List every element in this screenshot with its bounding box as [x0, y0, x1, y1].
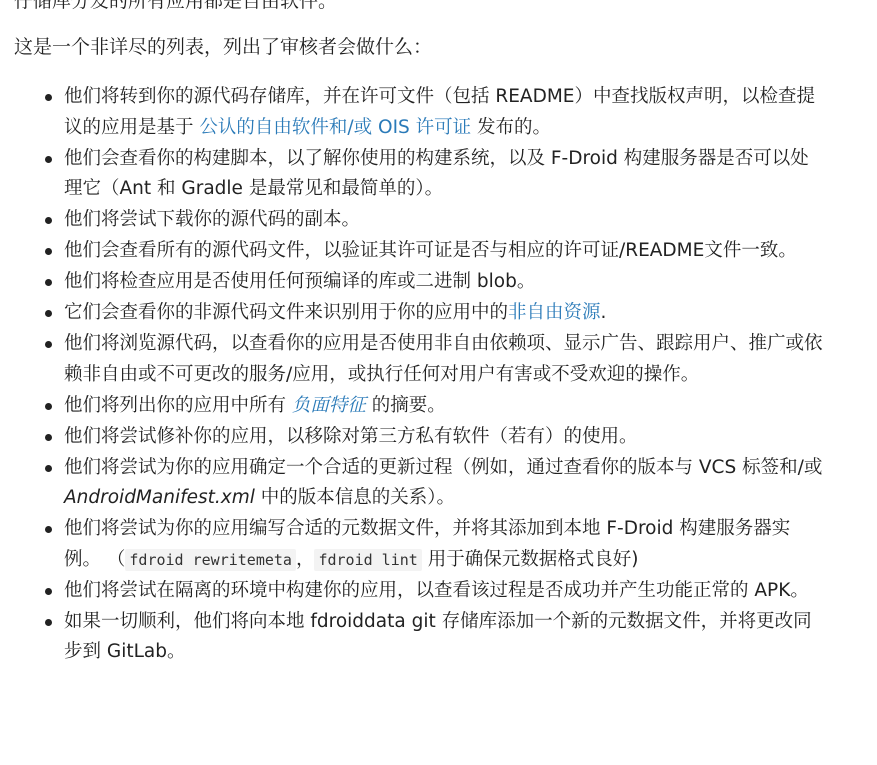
bullet-icon [45, 403, 52, 410]
list-item: 他们会查看所有的源代码文件，以验证其许可证是否与相应的许可证/README文件一… [0, 236, 877, 267]
item-text: 如果一切顺利，他们将向本地 fdroiddata git 存储库添加一个新的元数… [64, 611, 812, 663]
item-text: 它们会查看你的非源代码文件来识别用于你的应用中的 [64, 302, 508, 323]
free-software-licenses-link[interactable]: 公认的自由软件和/或 OIS 许可证 [199, 117, 471, 138]
item-text: 他们会查看你的构建脚本，以了解你使用的构建系统，以及 F-Droid 构建服务器… [64, 148, 809, 200]
item-text: 他们会查看所有的源代码文件，以验证其许可证是否与相应的许可证/README文件一… [64, 240, 797, 261]
item-text: 用于确保元数据格式良好) [422, 549, 639, 570]
item-text: 他们将浏览源代码，以查看你的应用是否使用非自由依赖项、显示广告、跟踪用户、推广或… [64, 333, 823, 385]
code-lint: fdroid lint [314, 549, 421, 571]
item-text: 他们将检查应用是否使用任何预编译的库或二进制 blob。 [64, 271, 535, 292]
list-item: 他们将浏览源代码，以查看你的应用是否使用非自由依赖项、显示广告、跟踪用户、推广或… [0, 329, 877, 390]
bullet-icon [45, 156, 52, 163]
bullet-icon [45, 341, 52, 348]
list-item: 他们将尝试在隔离的环境中构建你的应用，以查看该过程是否成功并产生功能正常的 AP… [0, 576, 877, 607]
bullet-icon [45, 217, 52, 224]
bullet-icon [45, 588, 52, 595]
anti-features-link[interactable]: 负面特征 [292, 395, 366, 416]
bullet-icon [45, 619, 52, 626]
list-item: 他们将检查应用是否使用任何预编译的库或二进制 blob。 [0, 267, 877, 298]
partial-paragraph: 仔储库分发的所有应用都是自由软件。 [14, 0, 337, 16]
list-item: 他们将尝试下载你的源代码的副本。 [0, 205, 877, 236]
list-item: 他们将转到你的源代码存储库，并在许可文件（包括 README）中查找版权声明，以… [0, 82, 877, 143]
item-text: 他们将尝试修补你的应用，以移除对第三方私有软件（若有）的使用。 [64, 426, 638, 447]
list-item: 如果一切顺利，他们将向本地 fdroiddata git 存储库添加一个新的元数… [0, 607, 877, 668]
list-item: 他们会查看你的构建脚本，以了解你使用的构建系统，以及 F-Droid 构建服务器… [0, 144, 877, 205]
code-rewritemeta: fdroid rewritemeta [125, 549, 296, 571]
intro-paragraph: 这是一个非详尽的列表，列出了审核者会做什么： [14, 32, 432, 62]
list-item: 他们将列出你的应用中所有 负面特征 的摘要。 [0, 391, 877, 422]
list-item: 他们将尝试为你的应用确定一个合适的更新过程（例如，通过查看你的版本与 VCS 标… [0, 453, 877, 514]
reviewer-checklist: 他们将转到你的源代码存储库，并在许可文件（包括 README）中查找版权声明，以… [0, 82, 877, 668]
item-text: 他们将尝试在隔离的环境中构建你的应用，以查看该过程是否成功并产生功能正常的 AP… [64, 580, 809, 601]
item-text: . [601, 302, 607, 323]
bullet-icon [45, 434, 52, 441]
non-free-assets-link[interactable]: 非自由资源 [508, 302, 601, 323]
bullet-icon [45, 279, 52, 286]
manifest-filename: AndroidManifest.xml [64, 487, 255, 508]
list-item: 他们将尝试修补你的应用，以移除对第三方私有软件（若有）的使用。 [0, 422, 877, 453]
item-text: 发布的。 [471, 117, 551, 138]
bullet-icon [45, 310, 52, 317]
item-text: 他们将尝试下载你的源代码的副本。 [64, 209, 360, 230]
item-text: 他们将尝试为你的应用确定一个合适的更新过程（例如，通过查看你的版本与 VCS 标… [64, 457, 822, 478]
bullet-icon [45, 94, 52, 101]
bullet-icon [45, 465, 52, 472]
item-text: 中的版本信息的关系）。 [255, 487, 455, 508]
list-item: 它们会查看你的非源代码文件来识别用于你的应用中的非自由资源. [0, 298, 877, 329]
item-text: ， [296, 549, 315, 570]
item-text: 的摘要。 [366, 395, 446, 416]
list-item: 他们将尝试为你的应用编写合适的元数据文件，并将其添加到本地 F-Droid 构建… [0, 514, 877, 575]
bullet-icon [45, 248, 52, 255]
item-text: 他们将列出你的应用中所有 [64, 395, 292, 416]
bullet-icon [45, 526, 52, 533]
